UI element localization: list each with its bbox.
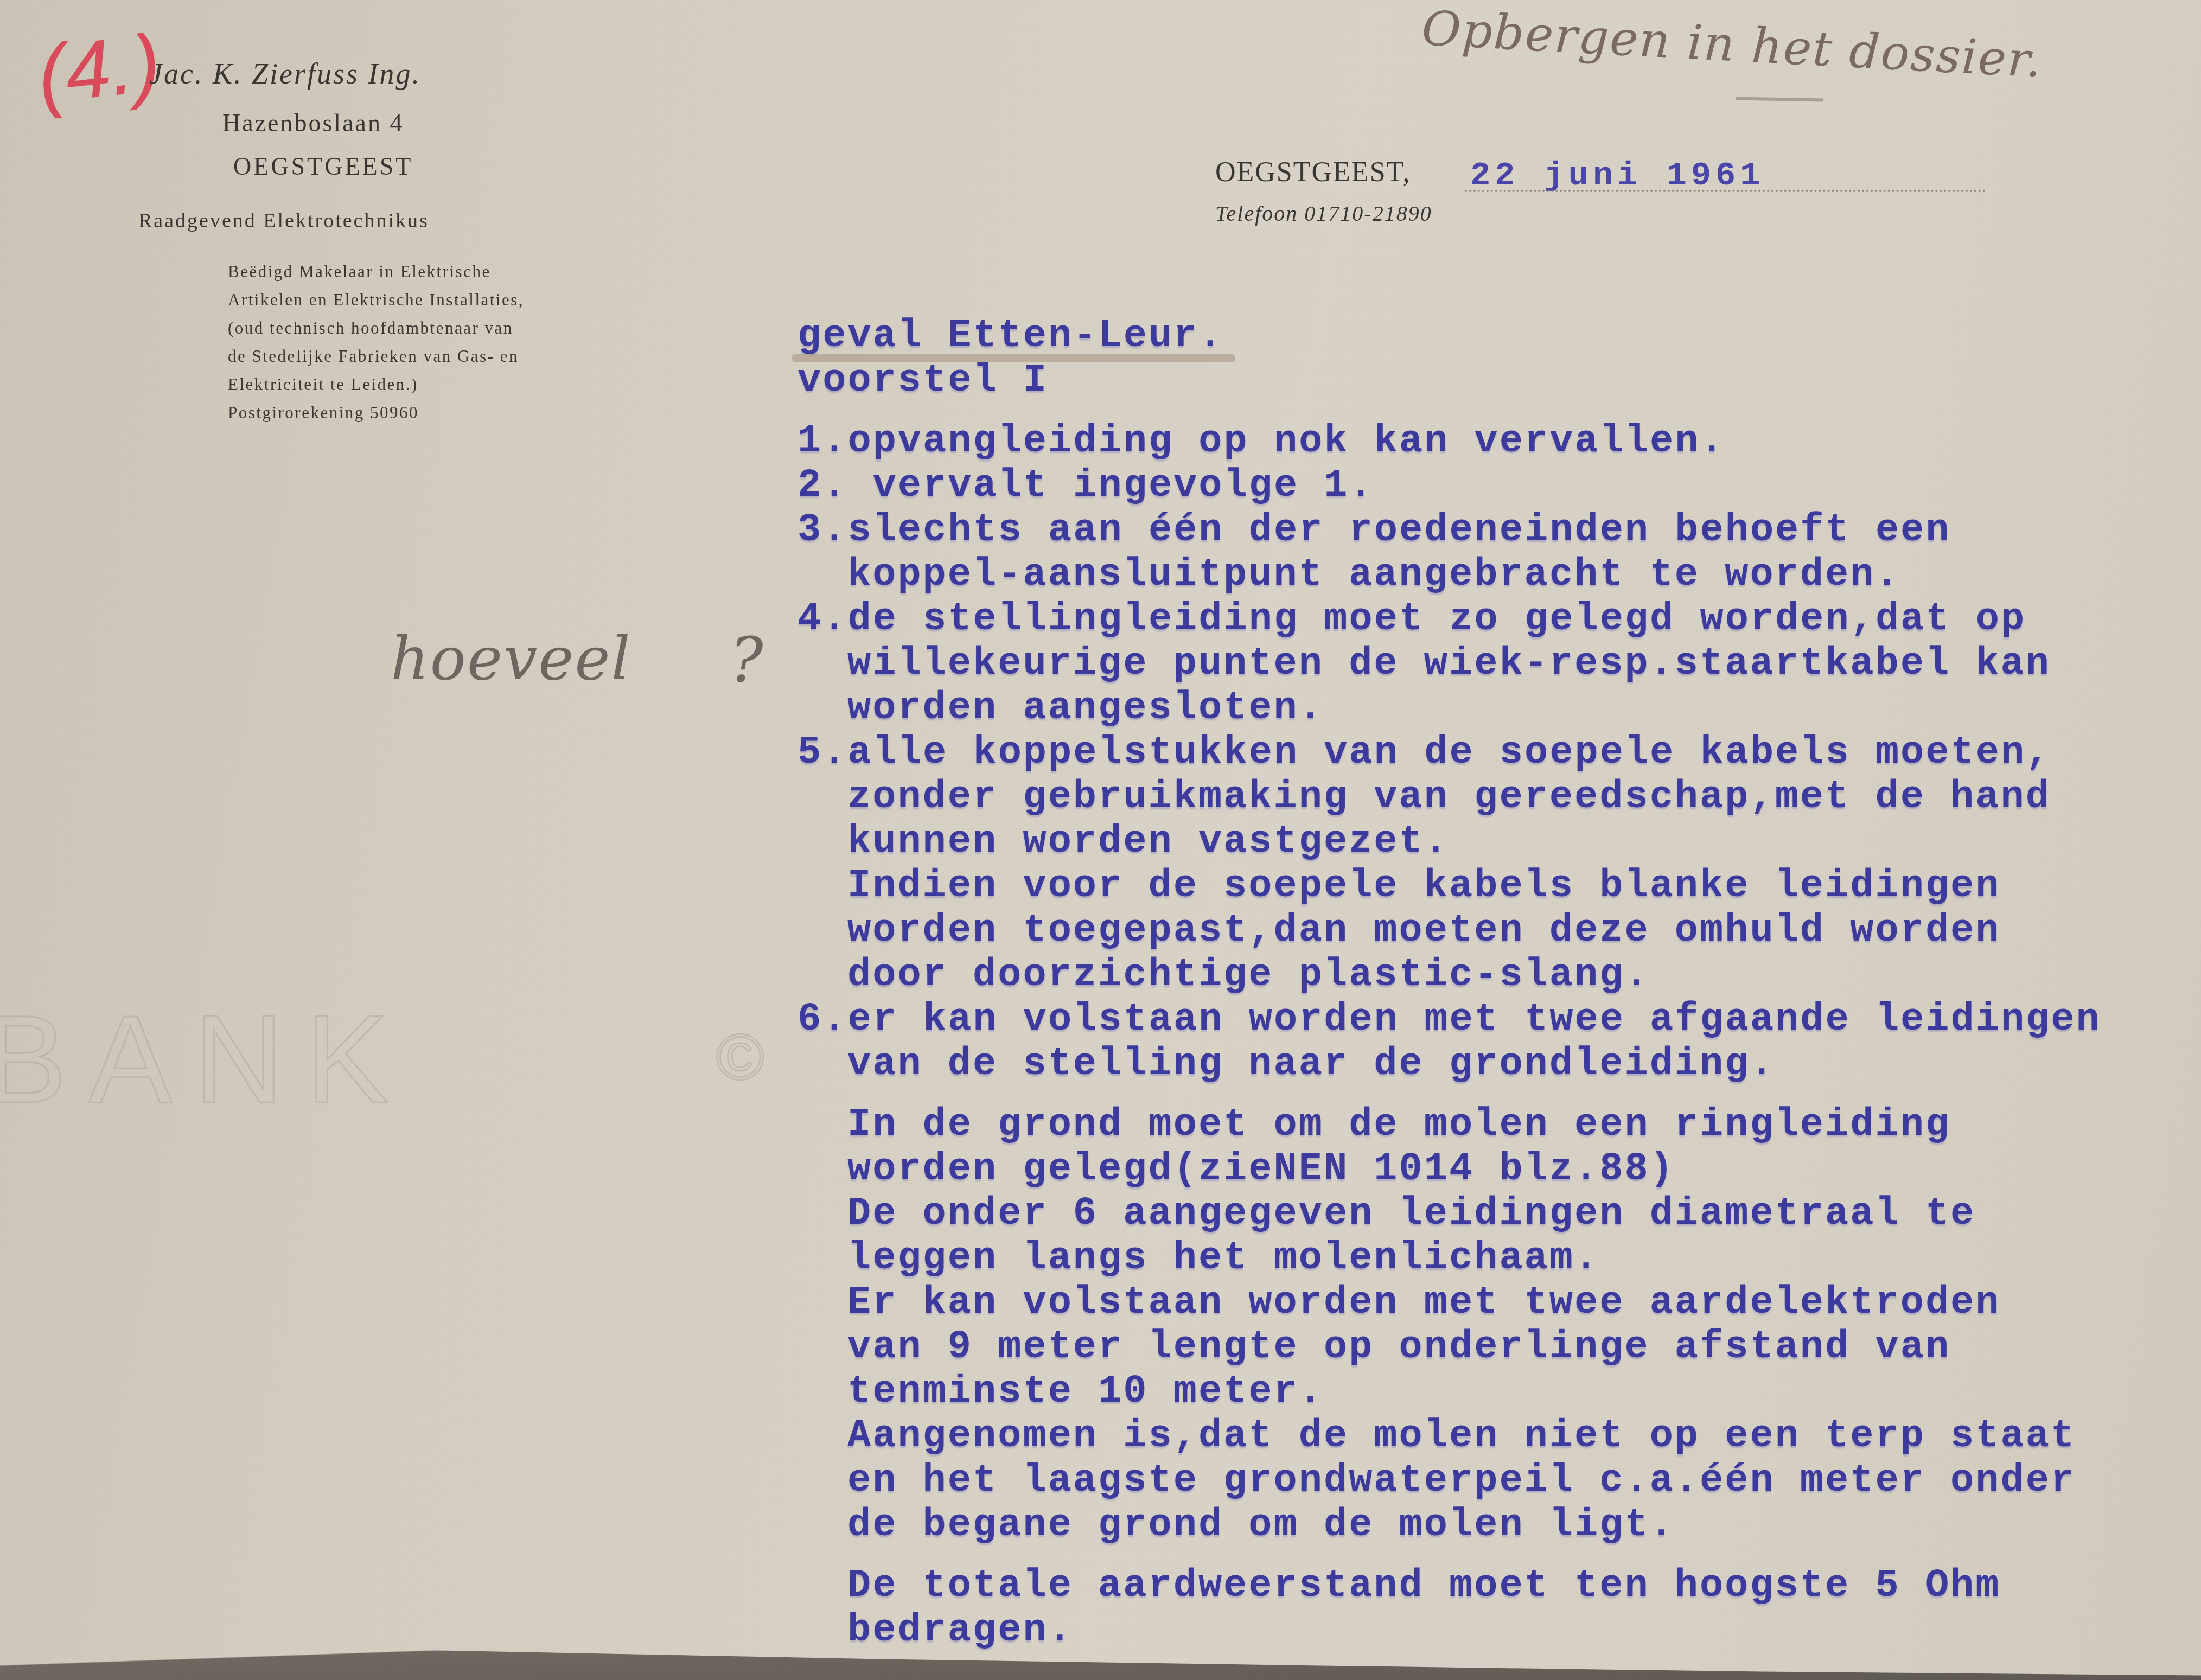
letterhead-subtitle-line: Artikelen en Elektrische Installaties, bbox=[228, 286, 524, 314]
paragraph-line: bedragen. bbox=[798, 1608, 2101, 1652]
paragraph-line: In de grond moet om de molen een ringlei… bbox=[798, 1102, 2101, 1147]
item-number: 4. bbox=[798, 597, 847, 641]
item-text: willekeurige punten de wiek-resp.staartk… bbox=[798, 641, 2101, 686]
letterhead-subtitle-line: Elektriciteit te Leiden.) bbox=[228, 371, 524, 399]
letterhead-city: OEGSTGEEST bbox=[233, 152, 413, 181]
pencil-underline bbox=[1736, 97, 1823, 102]
letterhead-subtitle-line: (oud technisch hoofdambtenaar van bbox=[228, 314, 524, 342]
item-text: alle koppelstukken van de soepele kabels… bbox=[847, 730, 2051, 775]
item-text: de stellingleiding moet zo gelegd worden… bbox=[847, 597, 2026, 641]
item-number: 2. bbox=[798, 463, 873, 508]
watermark-copyright-icon: © bbox=[716, 1020, 764, 1095]
date-place: OEGSTGEEST, bbox=[1215, 156, 1411, 188]
proposal-subheading: voorstel I bbox=[798, 358, 2101, 403]
typewritten-body: geval Etten-Leur. voorstel I 1.opvanglei… bbox=[798, 314, 2101, 1652]
list-item-5: 5.alle koppelstukken van de soepele kabe… bbox=[798, 730, 2101, 997]
list-item-2: 2. vervalt ingevolge 1. bbox=[798, 463, 2101, 508]
letterhead-title: Raadgevend Elektrotechnikus bbox=[138, 209, 429, 233]
case-heading: geval Etten-Leur. bbox=[798, 314, 1224, 358]
paragraph-line: de begane grond om de molen ligt. bbox=[798, 1503, 2101, 1547]
question-mark-annotation: ? bbox=[730, 624, 763, 697]
handwritten-filing-note: Opbergen in het dossier. bbox=[1420, 0, 2044, 88]
item-text: Indien voor de soepele kabels blanke lei… bbox=[798, 864, 2101, 908]
date-dotted-line bbox=[1465, 190, 1986, 192]
date-value: 22 juni 1961 bbox=[1470, 156, 1764, 195]
paragraph-line: De totale aardweerstand moet ten hoogste… bbox=[798, 1563, 2101, 1608]
letterhead-giro: Postgirorekening 50960 bbox=[228, 399, 524, 427]
item-text: worden aangesloten. bbox=[798, 686, 2101, 730]
paragraph-line: tenminste 10 meter. bbox=[798, 1369, 2101, 1414]
item-text: van de stelling naar de grondleiding. bbox=[798, 1042, 2101, 1086]
phone-number: Telefoon 01710-21890 bbox=[1215, 201, 1432, 226]
list-item-6: 6.er kan volstaan worden met twee afgaan… bbox=[798, 997, 2101, 1086]
paragraph-line: De onder 6 aangegeven leidingen diametra… bbox=[798, 1191, 2101, 1236]
list-item-3: 3.slechts aan één der roedeneinden behoe… bbox=[798, 508, 2101, 597]
letterhead-name: Jac. K. Zierfuss Ing. bbox=[149, 57, 421, 91]
list-item-4: 4.de stellingleiding moet zo gelegd word… bbox=[798, 597, 2101, 730]
letterhead-subtitle-line: Beëdigd Makelaar in Elektrische bbox=[228, 258, 524, 286]
item-text: zonder gebruikmaking van gereedschap,met… bbox=[798, 775, 2101, 819]
letterhead-subtitle: Beëdigd Makelaar in Elektrische Artikele… bbox=[228, 258, 524, 427]
paragraph-line: leggen langs het molenlichaam. bbox=[798, 1236, 2101, 1280]
paragraph-line: Aangenomen is,dat de molen niet op een t… bbox=[798, 1414, 2101, 1458]
item-text: door doorzichtige plastic-slang. bbox=[798, 953, 2101, 997]
item-text: vervalt ingevolge 1. bbox=[873, 463, 1374, 508]
item-number: 1. bbox=[798, 419, 847, 463]
item-number: 6. bbox=[798, 997, 847, 1042]
paragraph-line: van 9 meter lengte op onderlinge afstand… bbox=[798, 1325, 2101, 1369]
paragraph-line: worden gelegd(zieNEN 1014 blz.88) bbox=[798, 1147, 2101, 1191]
item-text: kunnen worden vastgezet. bbox=[798, 819, 2101, 864]
item-text: er kan volstaan worden met twee afgaande… bbox=[847, 997, 2101, 1042]
red-page-number-annotation: (4.) bbox=[34, 16, 165, 122]
letterhead-subtitle-line: de Stedelijke Fabrieken van Gas- en bbox=[228, 342, 524, 371]
paragraph-line: Er kan volstaan worden met twee aardelek… bbox=[798, 1280, 2101, 1325]
item-text: slechts aan één der roedeneinden behoeft… bbox=[847, 508, 1950, 552]
item-number: 3. bbox=[798, 508, 847, 552]
letterhead-street: Hazenboslaan 4 bbox=[222, 108, 404, 137]
item-text: opvangleiding op nok kan vervallen. bbox=[847, 419, 1725, 463]
watermark: BANK bbox=[0, 987, 410, 1131]
paragraph-line: en het laagste grondwaterpeil c.a.één me… bbox=[798, 1458, 2101, 1503]
item-text: koppel-aansluitpunt aangebracht te worde… bbox=[798, 552, 2101, 597]
paragraph-earthing: In de grond moet om de molen een ringlei… bbox=[798, 1102, 2101, 1547]
item-text: worden toegepast,dan moeten deze omhuld … bbox=[798, 908, 2101, 953]
item-number: 5. bbox=[798, 730, 847, 775]
list-item-1: 1.opvangleiding op nok kan vervallen. bbox=[798, 419, 2101, 463]
paragraph-resistance: De totale aardweerstand moet ten hoogste… bbox=[798, 1563, 2101, 1652]
handwritten-margin-note: hoeveel bbox=[391, 624, 631, 693]
